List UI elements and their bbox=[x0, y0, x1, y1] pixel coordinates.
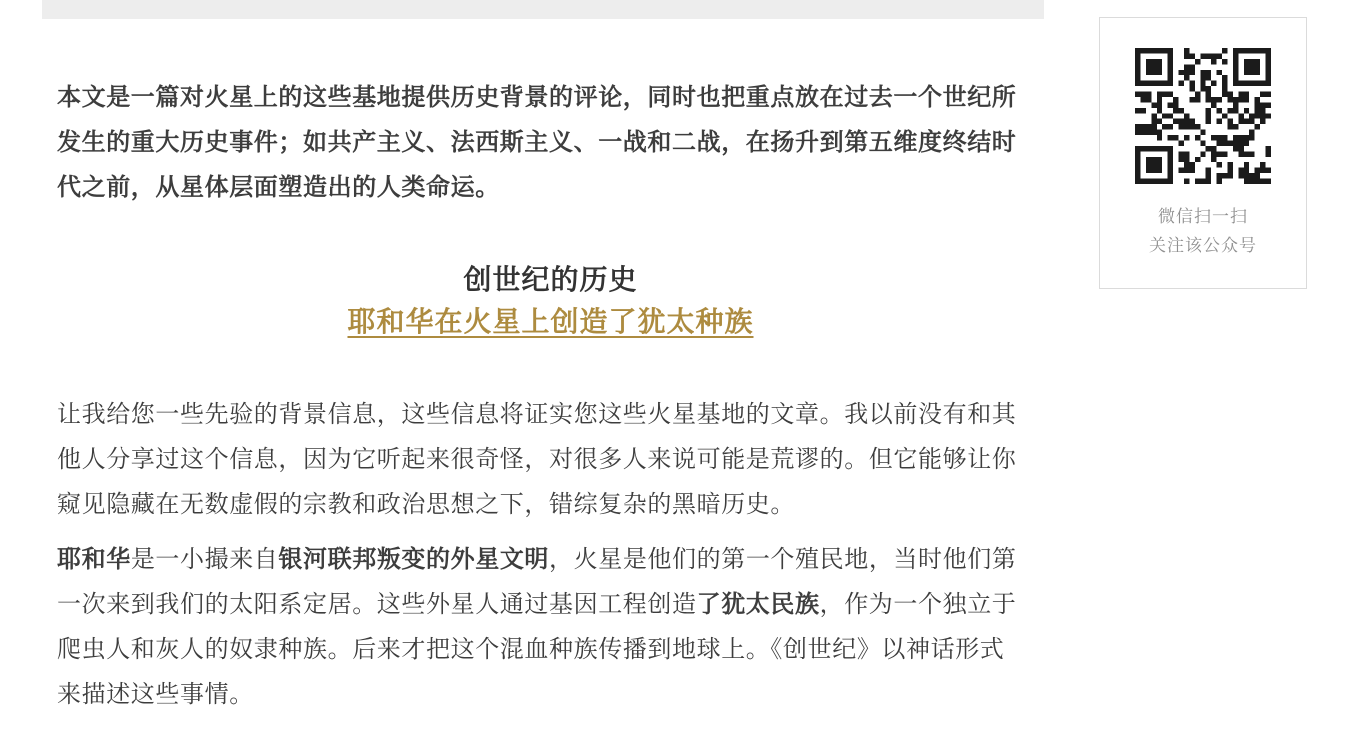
wechat-qr-panel: 微信扫一扫 关注该公众号 bbox=[1099, 17, 1307, 289]
section-heading: 创世纪的历史 bbox=[57, 259, 1044, 301]
intro-paragraph: 本文是一篇对火星上的这些基地提供历史背景的评论，同时也把重点放在过去一个世纪所 … bbox=[57, 75, 1044, 210]
body-paragraph-2: 耶和华是一小撮来自银河联邦叛变的外星文明，火星是他们的第一个殖民地，当时他们第 … bbox=[57, 537, 1044, 717]
article-link[interactable]: 耶和华在火星上创造了犹太种族 bbox=[347, 306, 753, 337]
body-paragraph-1: 让我给您一些先验的背景信息，这些信息将证实您这些火星基地的文章。我以前没有和其 … bbox=[57, 392, 1044, 527]
qr-code-icon bbox=[1135, 48, 1271, 184]
qr-caption-line2: 关注该公众号 bbox=[1100, 231, 1306, 260]
qr-caption-line1: 微信扫一扫 bbox=[1100, 202, 1306, 231]
qr-caption: 微信扫一扫 关注该公众号 bbox=[1100, 202, 1306, 260]
article-link-row: 耶和华在火星上创造了犹太种族 bbox=[57, 301, 1044, 348]
article-content: 本文是一篇对火星上的这些基地提供历史背景的评论，同时也把重点放在过去一个世纪所 … bbox=[57, 0, 1044, 717]
